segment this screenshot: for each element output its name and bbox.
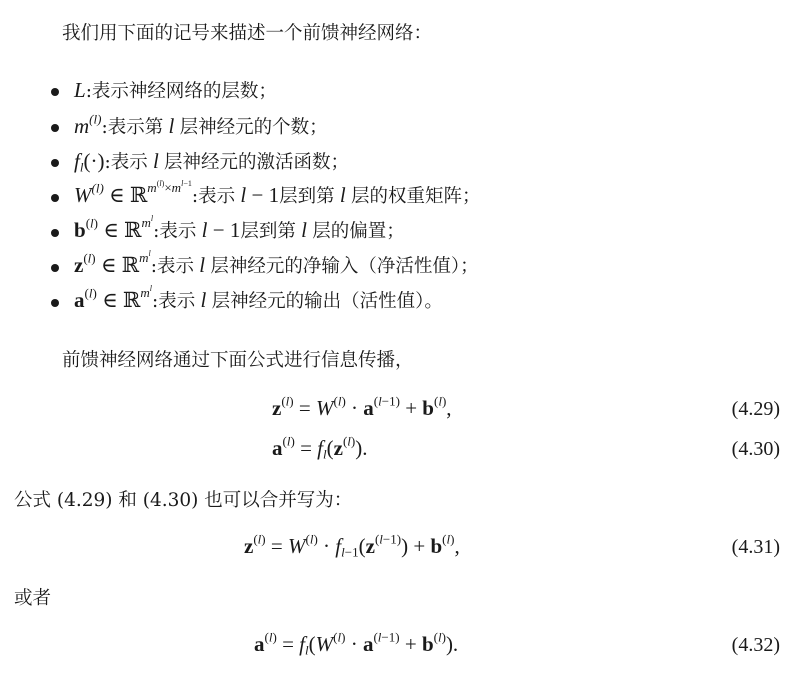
symbol-m: m(l) [74, 114, 101, 138]
bullet-icon [51, 264, 59, 272]
equation-number: (4.31) [732, 536, 780, 559]
symbol-b: b [74, 218, 86, 242]
bullet-icon [51, 194, 59, 202]
merge-text: 公式 (4.29) 和 (4.30) 也可以合并写为： [14, 486, 352, 512]
symbol-a: a [74, 288, 85, 312]
equation-number: (4.30) [732, 438, 780, 461]
or-text: 或者 [14, 584, 51, 610]
intro-text: 我们用下面的记号来描述一个前馈神经网络： [62, 19, 432, 45]
list-item-desc: 表示神经网络的层数； [92, 81, 277, 102]
bullet-icon [51, 88, 59, 96]
bullet-icon [51, 159, 59, 167]
bullet-icon [51, 299, 59, 307]
symbol-L: L [74, 78, 86, 102]
bullet-icon [51, 229, 59, 237]
equation-number: (4.32) [732, 634, 780, 657]
equation-number: (4.29) [732, 398, 780, 421]
symbol-W: W(l) [74, 183, 104, 207]
bullet-icon [51, 124, 59, 132]
symbol-z: z [74, 253, 83, 277]
propagation-text: 前馈神经网络通过下面公式进行信息传播， [62, 346, 414, 372]
